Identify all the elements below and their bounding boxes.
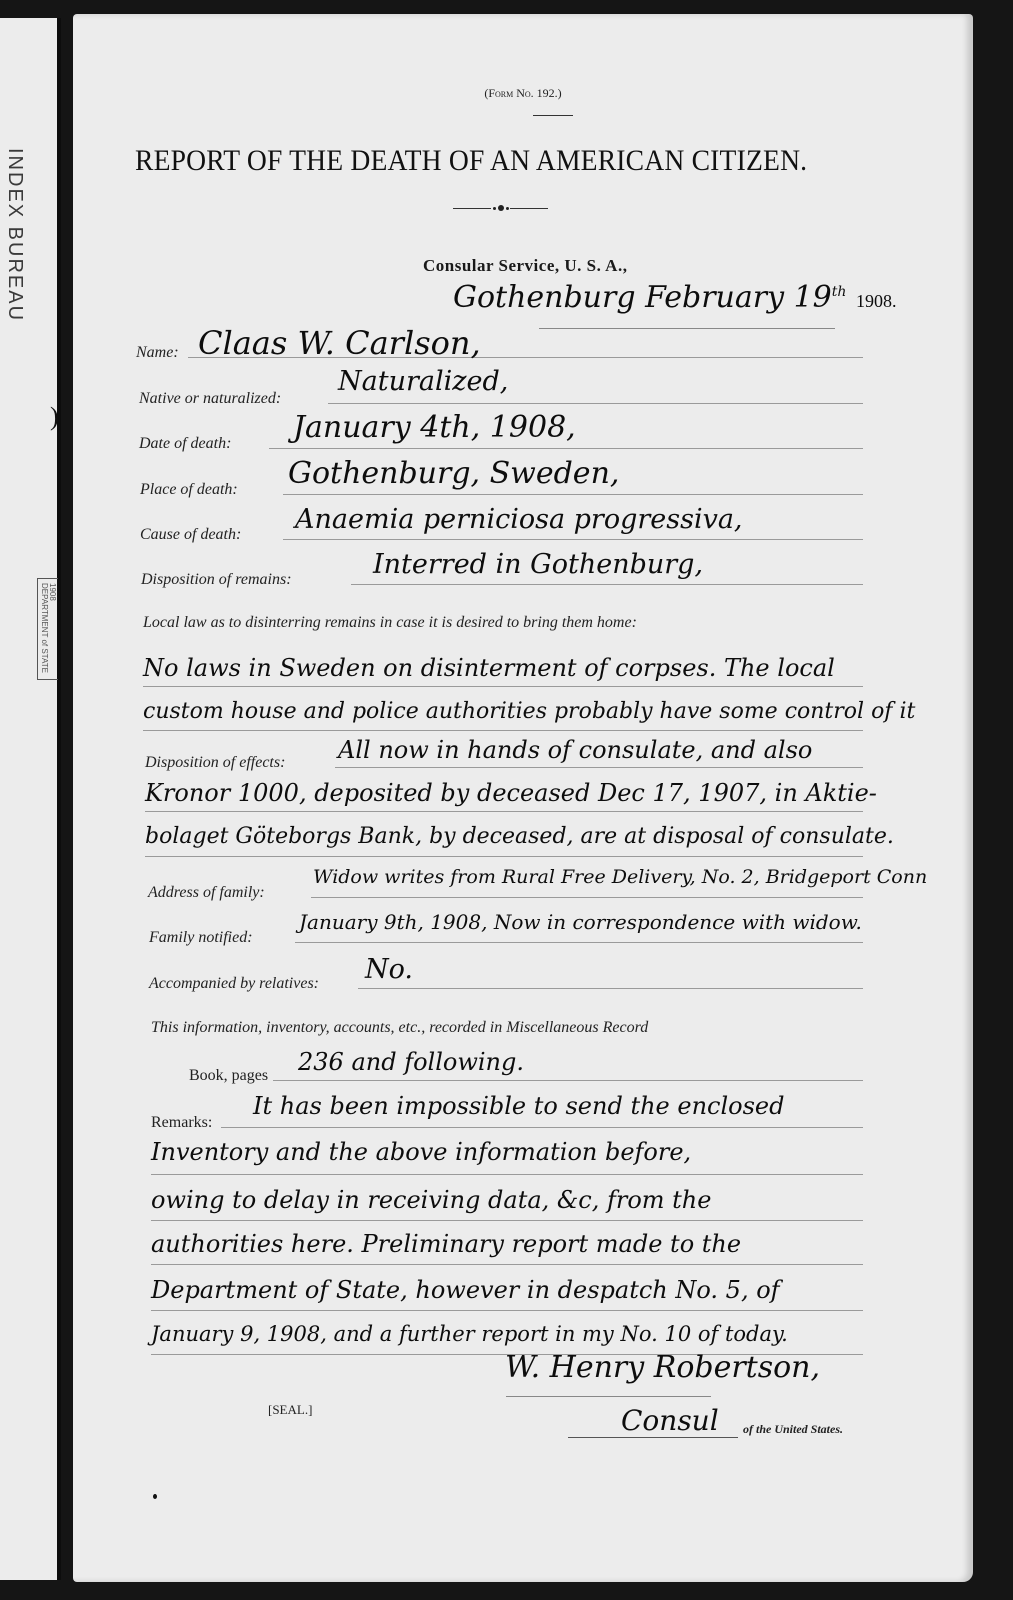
place-date-text: Gothenburg February 19	[453, 280, 832, 315]
margin-mark: )	[50, 402, 59, 432]
disposition-remains-label: Disposition of remains:	[141, 571, 292, 589]
remarks-line-6: January 9, 1908, and a further report in…	[151, 1322, 788, 1346]
effects-label: Disposition of effects:	[145, 754, 285, 772]
date-of-death-value: January 4th, 1908,	[293, 410, 576, 445]
remarks-line-3: owing to delay in receiving data, &c, fr…	[151, 1186, 711, 1214]
consul-signature: W. Henry Robertson,	[505, 1350, 820, 1385]
record-text: This information, inventory, accounts, e…	[151, 1019, 648, 1037]
of-united-states: of the United States.	[743, 1422, 843, 1437]
effects-line-2: Kronor 1000, deposited by deceased Dec 1…	[145, 779, 877, 807]
stamp-year: 1908	[48, 583, 57, 601]
ornament-divider	[453, 204, 548, 212]
report-form-page: (Form No. 192.) REPORT OF THE DEATH OF A…	[73, 14, 973, 1582]
name-value: Claas W. Carlson,	[198, 324, 481, 362]
accompanied-value: No.	[365, 954, 413, 985]
consul-title: Consul	[621, 1404, 719, 1437]
local-law-line-2: custom house and police authorities prob…	[143, 699, 915, 724]
place-of-death-label: Place of death:	[140, 481, 238, 499]
remarks-line-4: authorities here. Preliminary report mad…	[151, 1230, 741, 1258]
date-of-death-label: Date of death:	[139, 435, 231, 453]
report-year: 1908.	[856, 291, 897, 311]
family-notified-value: January 9th, 1908, Now in correspondence…	[299, 910, 862, 934]
index-bureau-label: INDEX BUREAU	[3, 148, 26, 322]
stamp-text: DEPARTMENT of STATE	[40, 583, 49, 673]
remarks-line-1: It has been impossible to send the enclo…	[253, 1092, 784, 1120]
date-rule	[539, 328, 835, 329]
date-suffix: th	[832, 284, 847, 300]
divider	[533, 115, 573, 116]
form-number: (Form No. 192.)	[73, 86, 973, 101]
seal-marker: [SEAL.]	[268, 1402, 312, 1418]
local-law-line-1: No laws in Sweden on disinterment of cor…	[143, 654, 835, 682]
local-law-label: Local law as to disinterring remains in …	[143, 614, 637, 632]
name-label: Name:	[136, 344, 179, 362]
consular-service-heading: Consular Service, U. S. A.,	[423, 256, 627, 276]
book-pages-value: 236 and following.	[298, 1048, 524, 1076]
remarks-line-5: Department of State, however in despatch…	[151, 1276, 780, 1304]
place-date: Gothenburg February 19th 1908.	[453, 280, 896, 315]
remarks-line-2: Inventory and the above information befo…	[151, 1138, 691, 1166]
family-notified-label: Family notified:	[149, 929, 253, 947]
address-value: Widow writes from Rural Free Delivery, N…	[313, 866, 927, 888]
ink-dot	[153, 1494, 157, 1499]
effects-line-1: All now in hands of consulate, and also	[338, 736, 812, 764]
place-of-death-value: Gothenburg, Sweden,	[288, 456, 619, 491]
page-title: REPORT OF THE DEATH OF AN AMERICAN CITIZ…	[135, 144, 807, 178]
department-stamp: 1908 DEPARTMENT of STATE	[37, 578, 58, 680]
adjacent-page: INDEX BUREAU ) 1908 DEPARTMENT of STATE	[0, 18, 61, 1580]
address-label: Address of family:	[148, 884, 265, 902]
native-value: Naturalized,	[338, 366, 508, 397]
native-label: Native or naturalized:	[139, 390, 281, 408]
cause-of-death-value: Anaemia perniciosa progressiva,	[295, 504, 743, 535]
book-pages-label: Book, pages	[189, 1067, 268, 1085]
disposition-remains-value: Interred in Gothenburg,	[373, 549, 703, 580]
effects-line-3: bolaget Göteborgs Bank, by deceased, are…	[145, 824, 894, 849]
accompanied-label: Accompanied by relatives:	[149, 975, 319, 993]
cause-of-death-label: Cause of death:	[140, 526, 241, 544]
remarks-label: Remarks:	[151, 1114, 212, 1132]
